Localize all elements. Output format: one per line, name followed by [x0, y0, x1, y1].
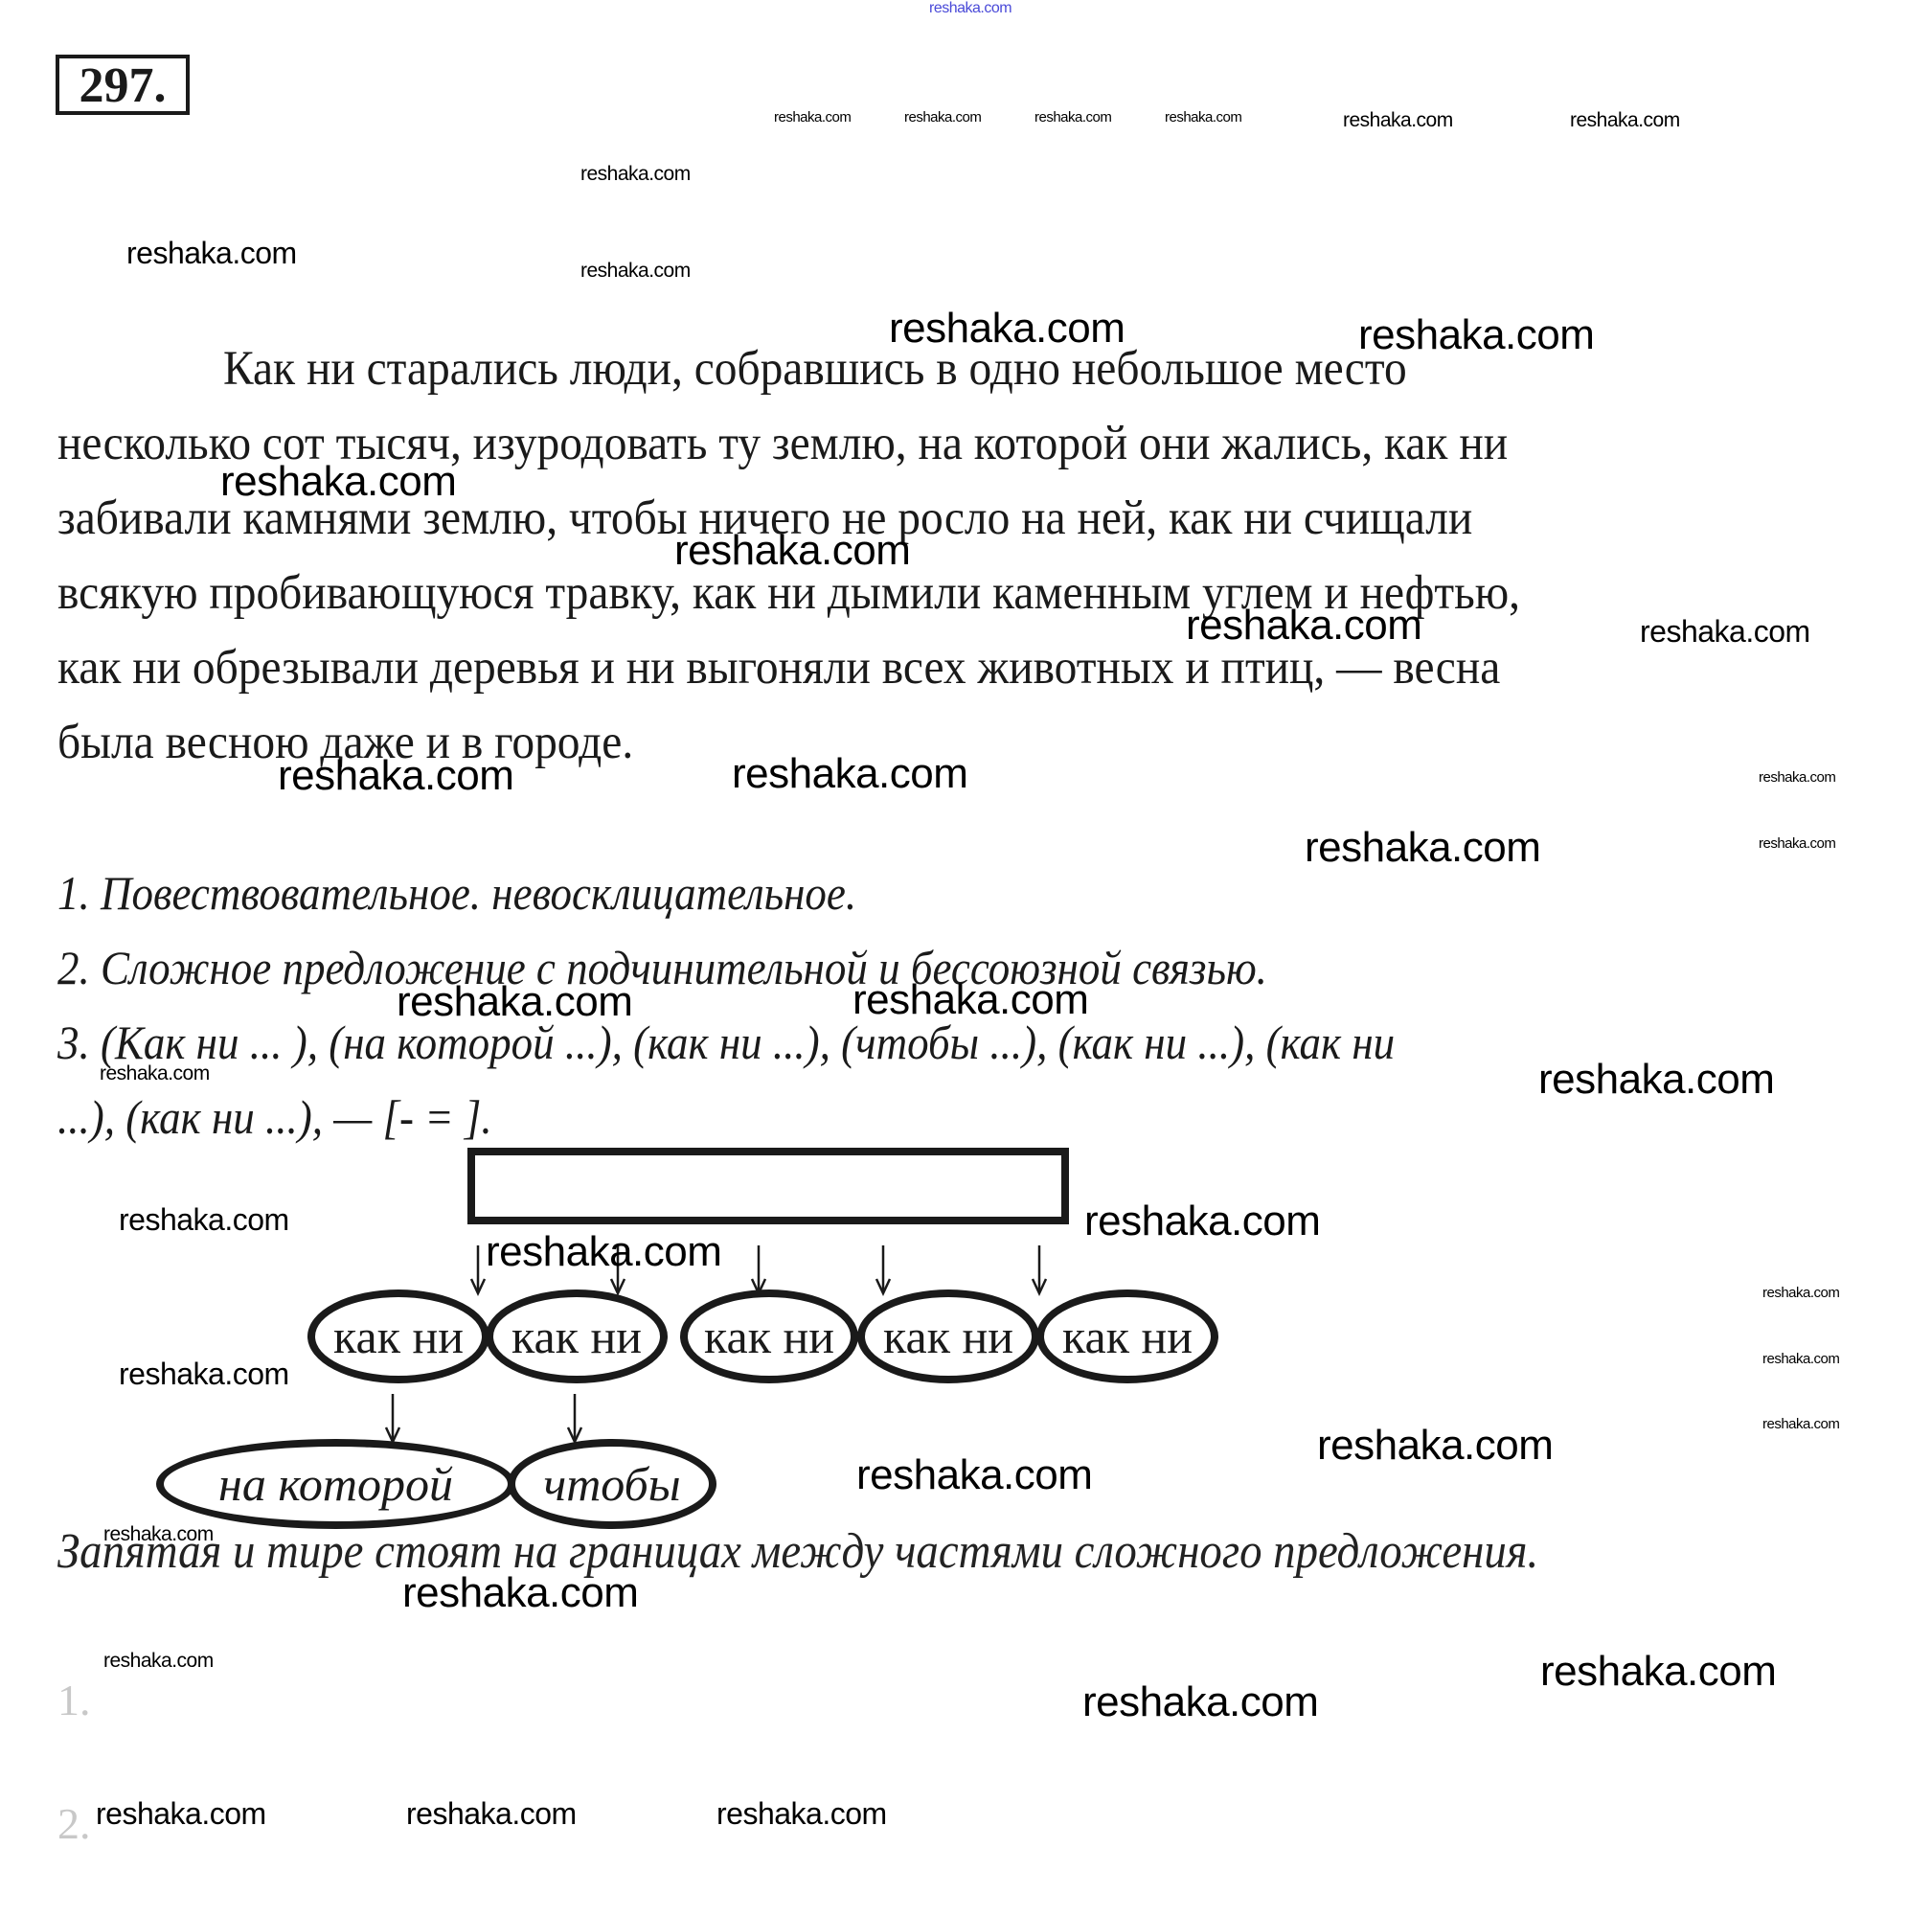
watermark: reshaka.com: [674, 527, 910, 575]
watermark: reshaka.com: [402, 1569, 638, 1617]
watermark: reshaka.com: [1358, 311, 1594, 359]
watermark: reshaka.com: [1317, 1422, 1553, 1470]
watermark: reshaka.com: [774, 109, 851, 126]
watermark: reshaka.com: [1165, 109, 1241, 126]
clause-chtoby: чтобы: [508, 1439, 716, 1529]
watermark: reshaka.com: [126, 236, 297, 271]
diagram-arrows: [0, 0, 1932, 1917]
watermark: reshaka.com: [1762, 1416, 1839, 1432]
footer-number-2: 2.: [57, 1798, 91, 1849]
watermark: reshaka.com: [852, 976, 1088, 1024]
watermark: reshaka.com: [278, 752, 513, 800]
watermark: reshaka.com: [486, 1228, 721, 1276]
watermark: reshaka.com: [1034, 109, 1111, 126]
watermark: reshaka.com: [406, 1796, 577, 1832]
watermark: reshaka.com: [119, 1202, 289, 1238]
watermark: reshaka.com: [1762, 1351, 1839, 1367]
watermark: reshaka.com: [397, 978, 632, 1026]
watermark: reshaka.com: [716, 1796, 887, 1832]
watermark: reshaka.com: [1540, 1648, 1776, 1696]
watermark: reshaka.com: [1570, 109, 1680, 132]
watermark: reshaka.com: [1759, 835, 1835, 852]
clause-na-kotoroy: на которой: [156, 1439, 515, 1529]
watermark: reshaka.com: [732, 750, 967, 798]
watermark: reshaka.com: [580, 260, 691, 283]
watermark: reshaka.com: [1762, 1285, 1839, 1301]
watermark: reshaka.com: [1186, 602, 1421, 650]
watermark: reshaka.com: [103, 1523, 214, 1546]
watermark: reshaka.com: [96, 1796, 266, 1832]
clause-kak-ni-3: как ни: [680, 1289, 858, 1383]
clause-kak-ni-1: как ни: [307, 1289, 489, 1383]
watermark: reshaka.com: [904, 109, 981, 126]
watermark: reshaka.com: [119, 1357, 289, 1392]
watermark: reshaka.com: [1084, 1198, 1320, 1245]
watermark: reshaka.com: [856, 1451, 1092, 1499]
watermark: reshaka.com: [889, 305, 1125, 353]
footer-number-1: 1.: [57, 1675, 91, 1725]
watermark: reshaka.com: [1343, 109, 1453, 132]
watermark: reshaka.com: [1538, 1056, 1774, 1104]
clause-kak-ni-2: как ни: [486, 1289, 668, 1383]
watermark: reshaka.com: [580, 163, 691, 186]
watermark: reshaka.com: [220, 458, 456, 506]
watermark: reshaka.com: [100, 1062, 210, 1085]
watermark: reshaka.com: [1082, 1678, 1318, 1726]
clause-kak-ni-4: как ни: [857, 1289, 1039, 1383]
watermark: reshaka.com: [1305, 824, 1540, 872]
clause-kak-ni-5: как ни: [1036, 1289, 1218, 1383]
watermark: reshaka.com: [1759, 769, 1835, 786]
watermark: reshaka.com: [1640, 614, 1810, 650]
conclusion: Запятая и тире стоят на границах между ч…: [57, 1523, 1538, 1580]
watermark: reshaka.com: [103, 1650, 214, 1673]
